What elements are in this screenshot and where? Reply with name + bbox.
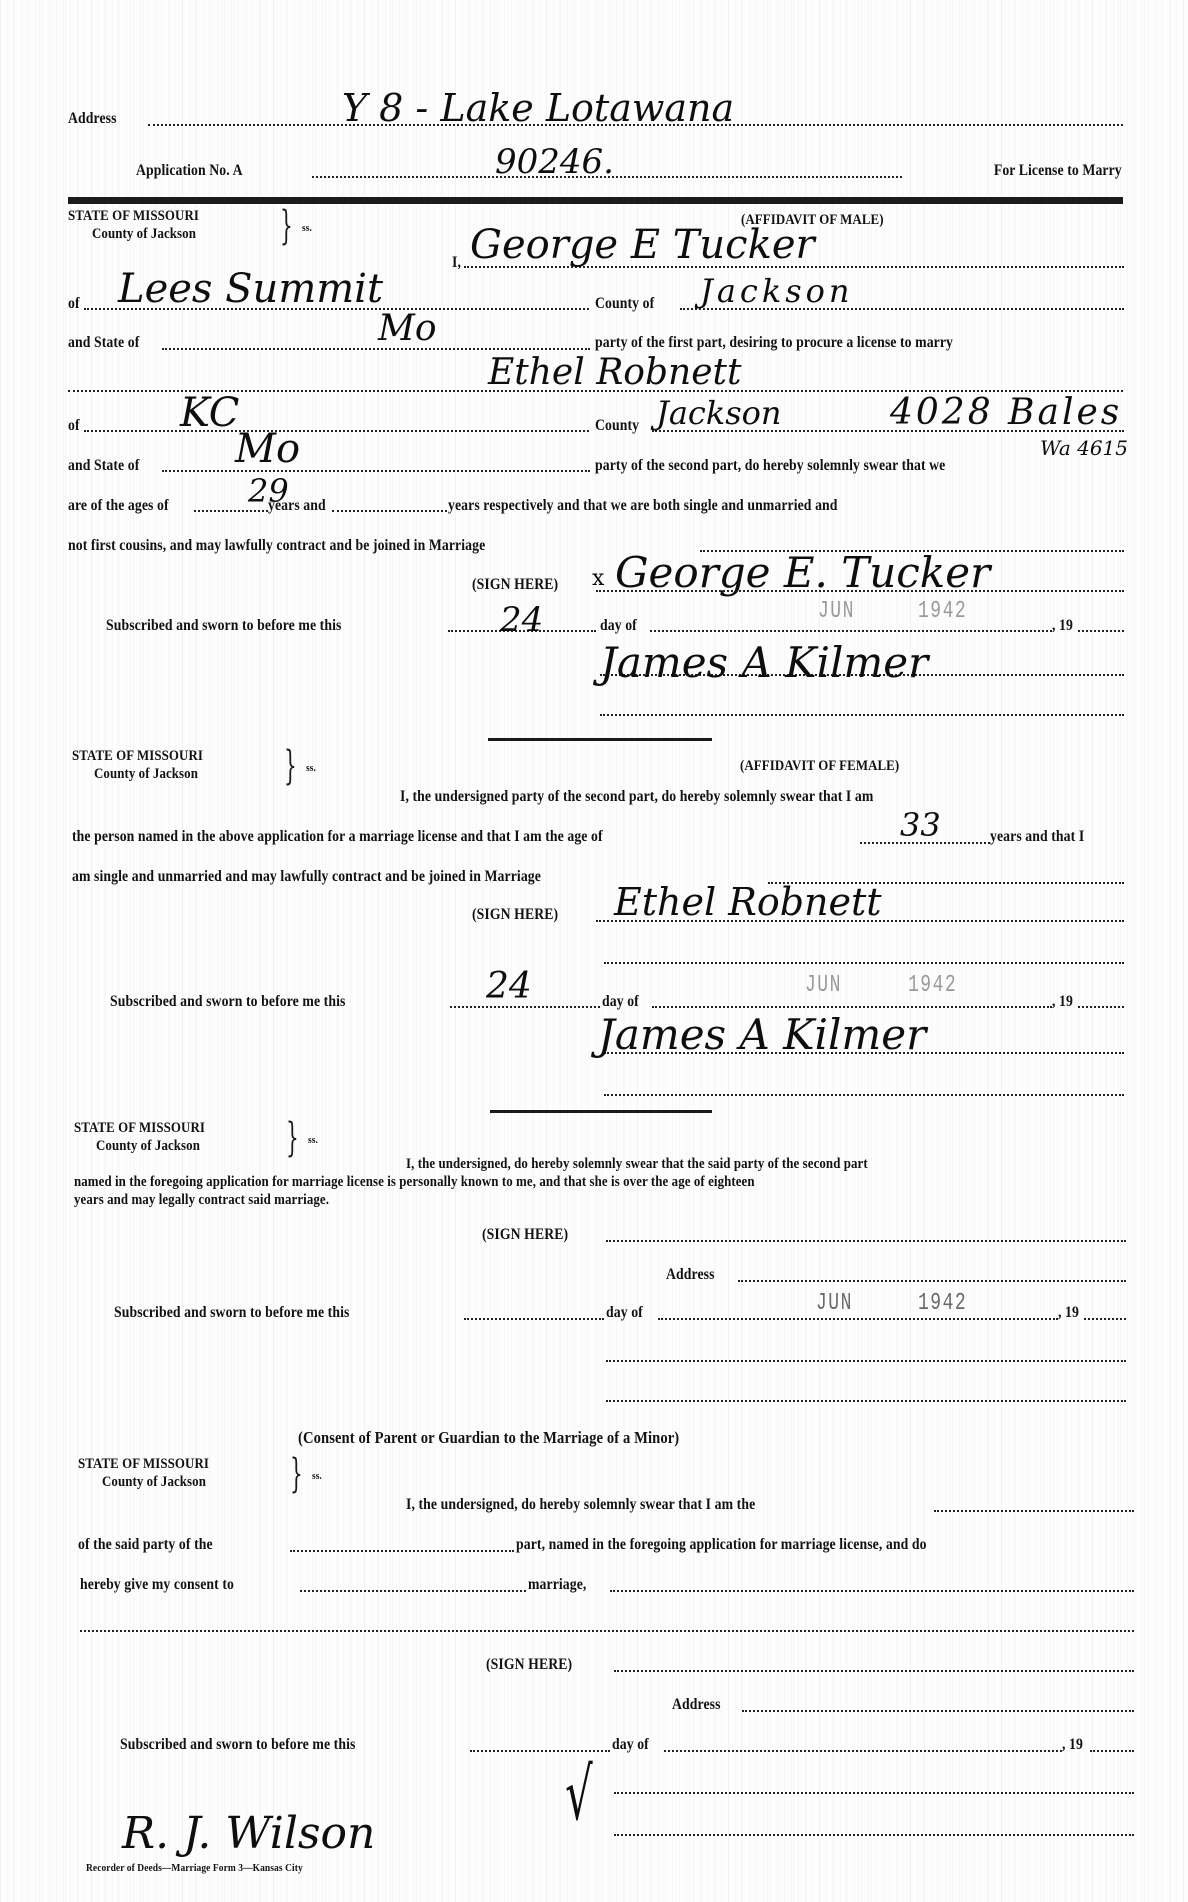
brace-icon: }: [290, 1454, 303, 1494]
female-state[interactable]: Mo: [235, 426, 300, 472]
consent-line-3-post: marriage,: [528, 1576, 586, 1594]
brace-icon: }: [284, 746, 297, 786]
first-part-text: party of the first part, desiring to pro…: [595, 334, 953, 352]
address-label: Address: [68, 110, 117, 128]
consent-address-line[interactable]: [742, 1710, 1134, 1712]
male-state[interactable]: Mo: [378, 308, 437, 349]
subscribed-label: Subscribed and sworn to before me this: [114, 1304, 349, 1322]
state-of-label-2: and State of: [68, 457, 139, 475]
officer-line-1[interactable]: [614, 1792, 1134, 1794]
male-city[interactable]: Lees Summit: [118, 266, 383, 312]
county-label: County of Jackson: [94, 766, 198, 783]
sign-here-label: (SIGN HERE): [482, 1226, 568, 1244]
i-label: I,: [452, 254, 461, 272]
female-state-line: [162, 470, 590, 472]
year-prefix: , 19: [1052, 993, 1073, 1011]
county-label: County of Jackson: [92, 226, 196, 243]
officer-line-2: [600, 714, 1124, 716]
female-county[interactable]: Jackson: [656, 394, 782, 432]
consent-line-2-post: part, named in the foregoing application…: [516, 1536, 927, 1554]
year-line: [1078, 1006, 1124, 1008]
county-label: County of Jackson: [102, 1474, 206, 1491]
address-label: Address: [672, 1696, 721, 1714]
day-value[interactable]: 24: [486, 966, 532, 1007]
officer-signature: James A Kilmer: [600, 638, 928, 687]
stamp-month: JUN: [818, 598, 855, 625]
county-of-label: County of: [595, 295, 654, 313]
year-line[interactable]: [1090, 1750, 1134, 1752]
consent-blank-line[interactable]: [80, 1630, 1134, 1632]
stamp-year: 1942: [908, 972, 957, 999]
male-signature: George E. Tucker: [615, 548, 990, 597]
consent-signature-line[interactable]: [614, 1670, 1134, 1672]
section-divider: [490, 1110, 712, 1113]
state-label: STATE OF MISSOURI: [74, 1120, 205, 1137]
month-line: [652, 1006, 1052, 1008]
female-phone[interactable]: Wa 4615: [1040, 436, 1128, 460]
of-label: of: [68, 295, 80, 313]
female-city-line: [84, 430, 589, 432]
officer-line-2[interactable]: [606, 1400, 1126, 1402]
of-label-2: of: [68, 417, 80, 435]
female-signature: Ethel Robnett: [614, 880, 882, 924]
section-divider: [488, 738, 712, 741]
check-mark-icon: √: [565, 1752, 593, 1836]
day-of-label: day of: [612, 1736, 649, 1754]
consent-name-line[interactable]: [300, 1590, 526, 1592]
witness-line-3: years and may legally contract said marr…: [74, 1192, 329, 1209]
female-line-2: the person named in the above applicatio…: [72, 828, 603, 846]
sign-here-label: (SIGN HERE): [472, 576, 558, 594]
address-label: Address: [666, 1266, 715, 1284]
female-name[interactable]: Ethel Robnett: [488, 352, 741, 393]
female-address[interactable]: 4028 Bales: [890, 392, 1122, 433]
party-line[interactable]: [290, 1550, 514, 1552]
witness-line-1: I, the undersigned, do hereby solemnly s…: [406, 1156, 868, 1173]
respectively-text: years respectively and that we are both …: [448, 497, 838, 515]
year-line: [1078, 630, 1124, 632]
day-value[interactable]: 24: [500, 600, 543, 640]
year-prefix: , 19: [1062, 1736, 1083, 1754]
female-line-1: I, the undersigned party of the second p…: [400, 788, 873, 806]
ss-label: ss.: [302, 222, 312, 234]
ss-label: ss.: [308, 1134, 318, 1146]
year-prefix: , 19: [1058, 1304, 1079, 1322]
ages-label: are of the ages of: [68, 497, 169, 515]
county-label-2: County: [595, 417, 639, 435]
consent-title: (Consent of Parent or Guardian to the Ma…: [298, 1428, 679, 1448]
state-of-label: and State of: [68, 334, 139, 352]
female-city[interactable]: KC: [180, 390, 239, 436]
ss-label: ss.: [306, 762, 316, 774]
consent-extra-line[interactable]: [610, 1590, 1134, 1592]
female-age-line: [332, 510, 447, 512]
witness-signature-line[interactable]: [606, 1240, 1126, 1242]
officer-line-1[interactable]: [606, 1360, 1126, 1362]
male-age-line: [194, 510, 268, 512]
stamp-year: 1942: [918, 1290, 967, 1317]
male-state-line: [162, 348, 590, 350]
female-age[interactable]: 33: [900, 806, 941, 844]
witness-line-2: named in the foregoing application for m…: [74, 1174, 755, 1191]
blank-line: [604, 962, 1124, 964]
subscribed-label: Subscribed and sworn to before me this: [106, 617, 341, 635]
state-label: STATE OF MISSOURI: [72, 748, 203, 765]
female-line-2-post: years and that I: [990, 828, 1084, 846]
year-prefix: , 19: [1052, 617, 1073, 635]
consent-line-3: hereby give my consent to: [80, 1576, 234, 1594]
day-of-label: day of: [600, 617, 637, 635]
male-county[interactable]: Jackson: [700, 272, 854, 310]
state-label: STATE OF MISSOURI: [78, 1456, 209, 1473]
brace-icon: }: [286, 1118, 299, 1158]
day-of-label: day of: [606, 1304, 643, 1322]
day-of-label: day of: [602, 993, 639, 1011]
female-affidavit-title: (AFFIDAVIT OF FEMALE): [740, 758, 899, 775]
officer-signature: James A Kilmer: [598, 1010, 926, 1059]
header-divider: [68, 197, 1123, 204]
form-label: Recorder of Deeds—Marriage Form 3—Kansas…: [86, 1862, 303, 1874]
subscribed-label: Subscribed and sworn to before me this: [110, 993, 345, 1011]
month-line: [650, 630, 1052, 632]
day-line[interactable]: [464, 1318, 604, 1320]
stamp-month: JUN: [805, 972, 842, 999]
sign-here-label: (SIGN HERE): [472, 906, 558, 924]
stamp-month: JUN: [816, 1290, 853, 1317]
sign-x: x: [592, 566, 604, 591]
second-part-text: party of the second part, do hereby sole…: [595, 457, 945, 475]
application-number[interactable]: 90246.: [495, 142, 614, 182]
officer-line-2[interactable]: [614, 1834, 1134, 1836]
subscribed-label: Subscribed and sworn to before me this: [120, 1736, 355, 1754]
month-line[interactable]: [664, 1750, 1062, 1752]
month-line[interactable]: [658, 1318, 1058, 1320]
witness-address-line[interactable]: [738, 1280, 1126, 1282]
application-label: Application No. A: [136, 162, 243, 180]
relationship-line[interactable]: [934, 1510, 1134, 1512]
license-label: For License to Marry: [994, 162, 1122, 180]
consent-line-2: of the said party of the: [78, 1536, 213, 1554]
recorder-signature: R. J. Wilson: [122, 1808, 375, 1859]
address-value[interactable]: Y 8 - Lake Lotawana: [342, 86, 734, 130]
officer-line-2: [604, 1094, 1124, 1096]
sign-here-label: (SIGN HERE): [486, 1656, 572, 1674]
state-label: STATE OF MISSOURI: [68, 208, 199, 225]
year-line[interactable]: [1084, 1318, 1126, 1320]
stamp-year: 1942: [918, 598, 967, 625]
cousins-text: not first cousins, and may lawfully cont…: [68, 537, 485, 555]
years-and-label: years and: [268, 497, 326, 515]
male-name[interactable]: George E Tucker: [470, 222, 815, 268]
brace-icon: }: [280, 206, 293, 246]
ss-label: ss.: [312, 1470, 322, 1482]
female-line-3: am single and unmarried and may lawfully…: [72, 868, 541, 886]
county-label: County of Jackson: [96, 1138, 200, 1155]
consent-line-1: I, the undersigned, do hereby solemnly s…: [406, 1496, 755, 1514]
